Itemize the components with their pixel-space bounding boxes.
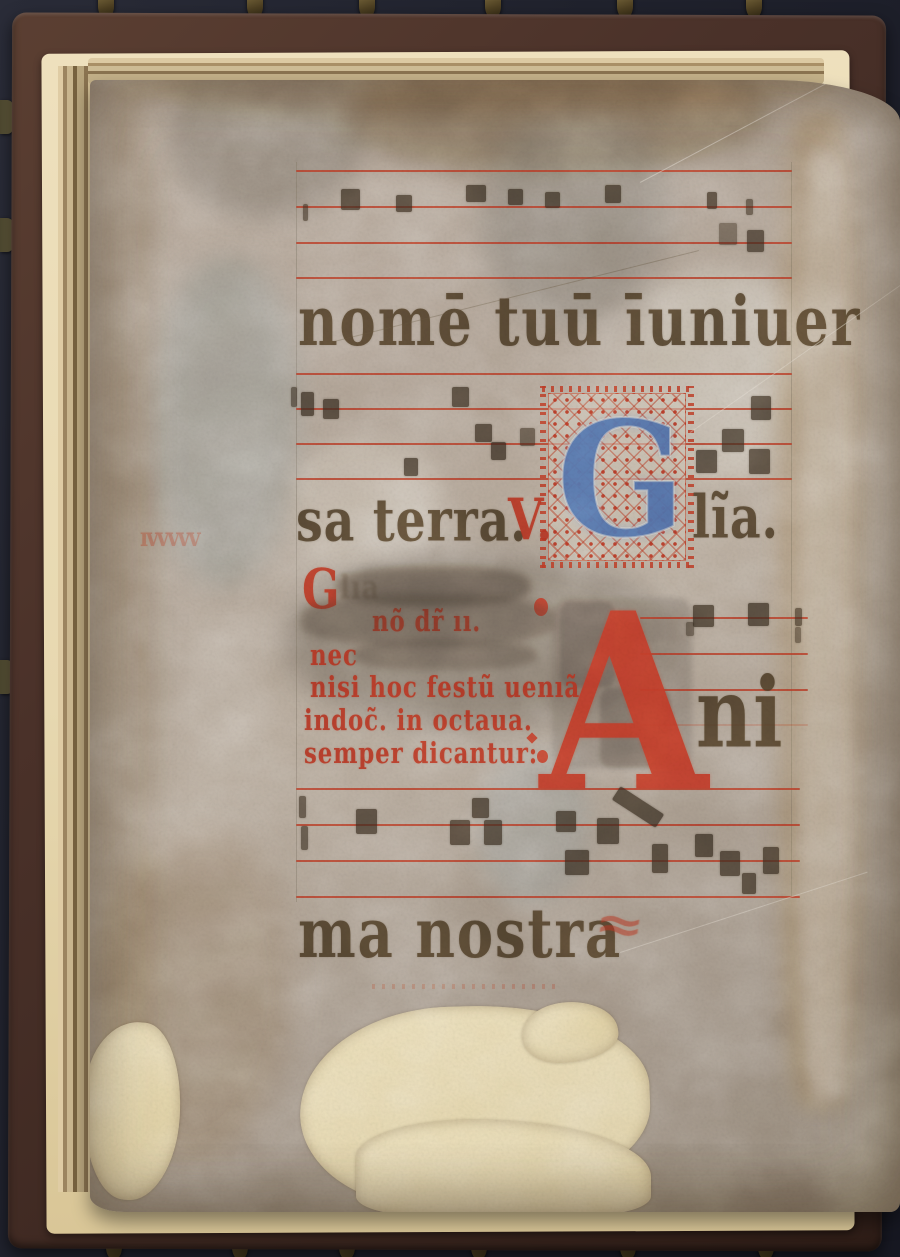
staff-2-neume-4 [452, 387, 469, 407]
chant-text-line-1: nomē tuū īuniuer [298, 288, 861, 356]
versus-mark: V. [508, 492, 553, 549]
staff-4-neume-6 [484, 820, 502, 845]
staff-4-neume-15 [763, 847, 779, 874]
staff-1-line-3 [296, 242, 792, 244]
staff-2-neume-5 [475, 424, 492, 442]
staff-1-neume-4 [466, 185, 486, 202]
staff-2-line-1 [296, 373, 792, 375]
staff-4-neume-3 [356, 809, 377, 834]
stain-top-center [340, 80, 770, 177]
lombardic-initial-A: A [540, 592, 708, 816]
staff-2-neume-11 [696, 450, 717, 473]
staff-2-neume-3 [323, 399, 339, 419]
manuscript-photo-scene: G nomē tuū īuniuer sa terra. V. lĩa. G l… [0, 0, 900, 1257]
staff-1-line-1 [296, 170, 792, 172]
chant-text-bottom-line: ma nostra [298, 900, 622, 968]
stain-left-band [95, 95, 157, 1135]
faded-red-dot-row [372, 984, 560, 989]
faded-ink-smudge-3 [352, 640, 537, 670]
manuscript-page: G nomē tuū īuniuer sa terra. V. lĩa. G l… [90, 80, 900, 1212]
rubric-line-6: semper dicantur: [304, 740, 538, 769]
staff-2-neume-10 [722, 429, 744, 452]
staff-2-neume-9 [751, 396, 771, 420]
illuminated-initial-G: G [556, 400, 686, 560]
staff-4-neume-2 [301, 826, 308, 850]
staff-2-neume-12 [749, 449, 770, 474]
staff-1-neume-5 [508, 189, 523, 205]
margin-pen-trial-mark: ıvvvvv [140, 524, 199, 550]
parchment-hole-left [90, 1019, 186, 1203]
staff-2-neume-6 [491, 442, 506, 460]
staff-1-neume-9 [746, 199, 753, 215]
staff-1-line-4 [296, 277, 792, 279]
rubric-line-5: indoc̃. in octaua. [304, 707, 533, 736]
staff-3-neume-5 [795, 627, 801, 643]
staff-4-neume-14 [742, 873, 756, 894]
staff-4-neume-1 [299, 796, 306, 818]
stain-top-band [100, 80, 840, 115]
staff-2-neume-7 [404, 458, 418, 476]
staff-1-neume-3 [396, 195, 412, 212]
red-flourish: ≈ [592, 898, 649, 951]
staff-1-neume-7 [605, 185, 621, 203]
initial-A-pen-dot-bottom [537, 750, 548, 763]
staff-4-neume-4 [450, 820, 470, 845]
left-folio-edges [58, 66, 92, 1192]
staff-1-neume-10 [719, 223, 737, 245]
staff-4-neume-11 [652, 844, 668, 873]
staff-4-neume-13 [720, 851, 740, 876]
chant-text-line-2-left: sa terra. [296, 490, 528, 549]
staff-1-neume-2 [341, 189, 360, 210]
staff-4-neume-5 [472, 798, 489, 818]
staff-1-neume-1 [303, 204, 308, 221]
staff-1-neume-6 [545, 192, 560, 208]
staff-3-neume-3 [795, 608, 802, 626]
scratch-line-1 [640, 80, 835, 183]
chant-text-after-A: ni [696, 664, 783, 761]
stain-top-left-gray [170, 80, 365, 220]
staff-1-neume-11 [747, 230, 764, 252]
staff-3-neume-2 [748, 603, 769, 626]
page-content: G nomē tuū īuniuer sa terra. V. lĩa. G l… [90, 80, 900, 1212]
staff-2-neume-8 [520, 428, 535, 446]
staff-2-neume-1 [291, 387, 297, 407]
rubric-line-3: nec [310, 642, 358, 671]
staff-1-line-2 [296, 206, 792, 208]
staff-4-neume-8 [565, 850, 589, 875]
staff-1-neume-8 [707, 192, 717, 209]
faded-ink-smudge-2 [300, 594, 555, 646]
staff-2-neume-2 [301, 392, 314, 416]
chant-text-line-2-right: lĩa. [692, 487, 779, 546]
